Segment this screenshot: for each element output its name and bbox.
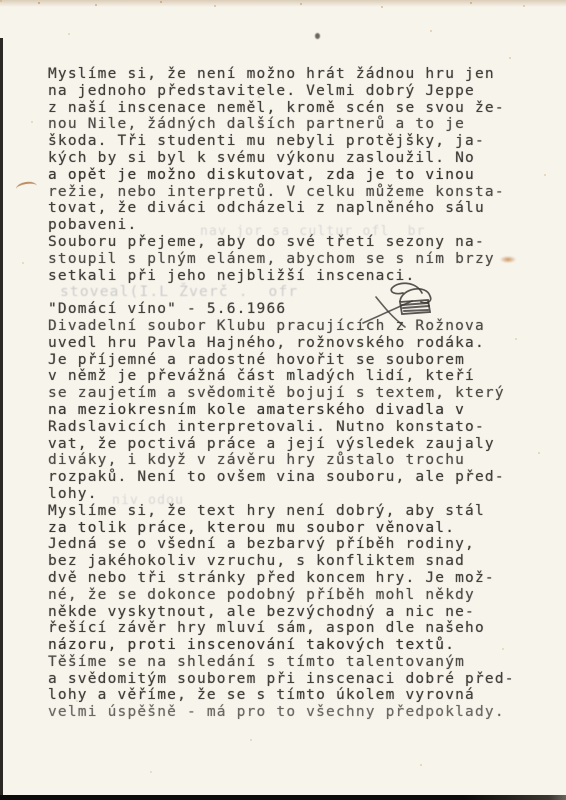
ink-speck bbox=[315, 33, 320, 39]
text-line: a opět je možno diskutovat, zda je to vi… bbox=[48, 167, 538, 184]
text-line: Jedná se o všední a bezbarvý příběh rodi… bbox=[48, 536, 538, 553]
text-line: stoupil s plným elánem, abychom se s ním… bbox=[48, 251, 538, 268]
text-line: v němž je převážná část mladých lidí, kt… bbox=[48, 368, 538, 385]
text-line: uvedl hru Pavla Hajného, rožnovského rod… bbox=[48, 335, 538, 352]
text-line: diváky, i když v závěru hry zůstalo troc… bbox=[48, 452, 538, 469]
text-line: Těšíme se na shledání s tímto talentovan… bbox=[48, 654, 538, 671]
text-line: se zaujetím a svědomitě bojují s textem,… bbox=[48, 385, 538, 402]
text-line: režie, nebo interpretů. V celku můžeme k… bbox=[48, 184, 538, 201]
typewritten-text: Myslíme si, že není možno hrát žádnou hr… bbox=[48, 66, 538, 721]
text-line: názoru, proti inscenování takových textů… bbox=[48, 637, 538, 654]
text-line: kých by si byl k svému výkonu zasloužil.… bbox=[48, 150, 538, 167]
text-line: na jednoho představitele. Velmi dobrý Je… bbox=[48, 83, 538, 100]
scan-left-edge bbox=[0, 38, 3, 800]
text-line: někde vyskytnout, ale bezvýchodný a nic … bbox=[48, 604, 538, 621]
text-line: řešící závěr hry mluví sám, aspon dle na… bbox=[48, 620, 538, 637]
scan-top-edge bbox=[0, 0, 566, 7]
text-line: z naší inscenace neměl, kromě scén se sv… bbox=[48, 100, 538, 117]
text-line: velmi úspěšně - má pro to všechny předpo… bbox=[48, 704, 538, 721]
text-line: lohy a věříme, že se s tímto úkolem vyro… bbox=[48, 687, 538, 704]
text-line: dvě nebo tři stránky před koncem hry. Je… bbox=[48, 570, 538, 587]
text-line: rozpaků. Není to ovšem vina souboru, ale… bbox=[48, 469, 538, 486]
text-line: a svědomitým souborem při inscenaci dobr… bbox=[48, 671, 538, 688]
text-line: za tolik práce, kterou mu soubor věnoval… bbox=[48, 520, 538, 537]
scanned-document-page: Myslíme si, že není možno hrát žádnou hr… bbox=[0, 0, 566, 800]
ghost-text-fragment: nav jor sa cultur ofl br bbox=[200, 224, 426, 239]
text-line: vat, že poctivá práce a její výsledek za… bbox=[48, 436, 538, 453]
text-line: bez jakéhokoliv vzruchu, s konfliktem sn… bbox=[48, 553, 538, 570]
text-line: né, že se dokonce podobný příběh mohl ně… bbox=[48, 587, 538, 604]
rust-smudge-mark bbox=[500, 256, 516, 263]
text-line: škoda. Tři studenti mu nebyli protějšky,… bbox=[48, 133, 538, 150]
ghost-text-fragment: niv odou bbox=[112, 493, 184, 508]
text-line: na meziokresním kole amaterského divadla… bbox=[48, 402, 538, 419]
text-line: tovat, že diváci odcházeli z naplněného … bbox=[48, 200, 538, 217]
paper-stain-speckles bbox=[0, 0, 2, 2]
hand-drawn-hat-doodle-icon bbox=[360, 277, 465, 337]
text-line: Radslavicích interpretovali. Nutno konst… bbox=[48, 419, 538, 436]
text-line: Myslíme si, že není možno hrát žádnou hr… bbox=[48, 66, 538, 83]
scan-bottom-edge bbox=[0, 795, 566, 800]
text-line: nou Nile, žádných dalších partnerů a to … bbox=[48, 116, 538, 133]
text-line: Je příjemné a radostné hovořit se soubor… bbox=[48, 352, 538, 369]
rust-pen-mark bbox=[15, 180, 37, 194]
